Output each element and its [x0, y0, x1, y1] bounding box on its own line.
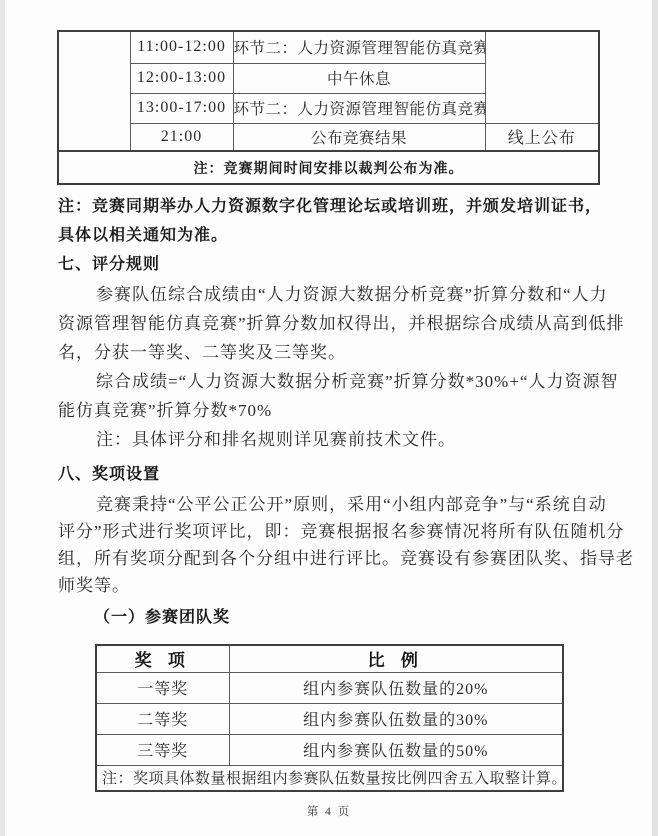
- award-table: 奖 项 比 例 一等奖 组内参赛队伍数量的20% 二等奖 组内参赛队伍数量的30…: [95, 644, 564, 792]
- scoring-paragraph-line: 参赛队伍综合成绩由“人力资源大数据分析竞赛”折算分数和“人力: [58, 281, 606, 308]
- scan-edge-left: [0, 0, 5, 836]
- scoring-paragraph-line: 资源管理智能仿真竞赛”折算分数加权得出，并根据综合成绩从高到低排: [58, 310, 606, 337]
- schedule-activity-cell: 环节二：人力资源管理智能仿真竞赛: [233, 93, 485, 123]
- schedule-time-cell: 12:00-13:00: [130, 63, 233, 93]
- award-name-cell: 二等奖: [96, 703, 229, 734]
- award-ratio-cell: 组内参赛队伍数量的20%: [229, 672, 563, 703]
- awards-paragraph-line: 竞赛秉持“公平公正公开”原则，采用“小组内部竞争”与“系统自动: [58, 491, 606, 518]
- awards-paragraph-line: 组，所有奖项分配到各个分组中进行评比。竞赛设有参赛团队奖、指导老: [58, 545, 606, 572]
- scoring-formula-line: 能仿真竞赛”折算分数*70%: [58, 397, 606, 424]
- awards-paragraph-line: 评分”形式进行奖项评比，即：竞赛根据报名参赛情况将所有队伍随机分: [58, 518, 606, 545]
- section-heading-scoring-rules: 七、评分规则: [58, 251, 160, 278]
- document-page: 11:00-12:00 环节二：人力资源管理智能仿真竞赛 12:00-13:00…: [0, 0, 658, 836]
- scoring-paragraph-line: 名，分获一等奖、二等奖及三等奖。: [58, 339, 606, 366]
- section-heading-award-settings: 八、奖项设置: [58, 461, 160, 488]
- period-note-line: 注：竞赛同期举办人力资源数字化管理论坛或培训班，并颁发培训证书，: [58, 193, 606, 220]
- scoring-formula-line: 综合成绩=“人力资源大数据分析竞赛”折算分数*30%+“人力资源智: [58, 368, 606, 395]
- award-name-cell: 一等奖: [96, 672, 229, 703]
- schedule-location-cell: [485, 31, 599, 123]
- awards-paragraph-line: 师奖等。: [58, 572, 606, 599]
- award-table-header-award: 奖 项: [96, 645, 229, 672]
- schedule-activity-cell: 公布竞赛结果: [233, 123, 485, 151]
- schedule-time-cell: 13:00-17:00: [130, 93, 233, 123]
- award-ratio-cell: 组内参赛队伍数量的50%: [229, 734, 563, 765]
- page-number: 第 4 页: [0, 803, 658, 819]
- scan-edge-right: [652, 0, 658, 836]
- award-table-note: 注：奖项具体数量根据组内参赛队伍数量按比例四舍五入取整计算。: [96, 765, 563, 791]
- period-note-line: 具体以相关通知为准。: [58, 222, 606, 249]
- award-ratio-cell: 组内参赛队伍数量的30%: [229, 703, 563, 734]
- schedule-location-cell: 线上公布: [485, 123, 599, 151]
- scoring-note-line: 注：具体评分和排名规则详见赛前技术文件。: [58, 426, 606, 453]
- award-name-cell: 三等奖: [96, 734, 229, 765]
- award-table-header-ratio: 比 例: [229, 645, 563, 672]
- schedule-time-cell: 11:00-12:00: [130, 31, 233, 63]
- schedule-time-cell: 21:00: [130, 123, 233, 151]
- schedule-activity-cell: 环节二：人力资源管理智能仿真竞赛: [233, 31, 485, 63]
- schedule-note: 注：竞赛期间时间安排以裁判公布为准。: [58, 151, 599, 184]
- team-award-subheading: （一）参赛团队奖: [94, 604, 230, 631]
- schedule-activity-cell: 中午休息: [233, 63, 485, 93]
- schedule-table: 11:00-12:00 环节二：人力资源管理智能仿真竞赛 12:00-13:00…: [57, 30, 600, 185]
- schedule-date-cell: [58, 31, 130, 151]
